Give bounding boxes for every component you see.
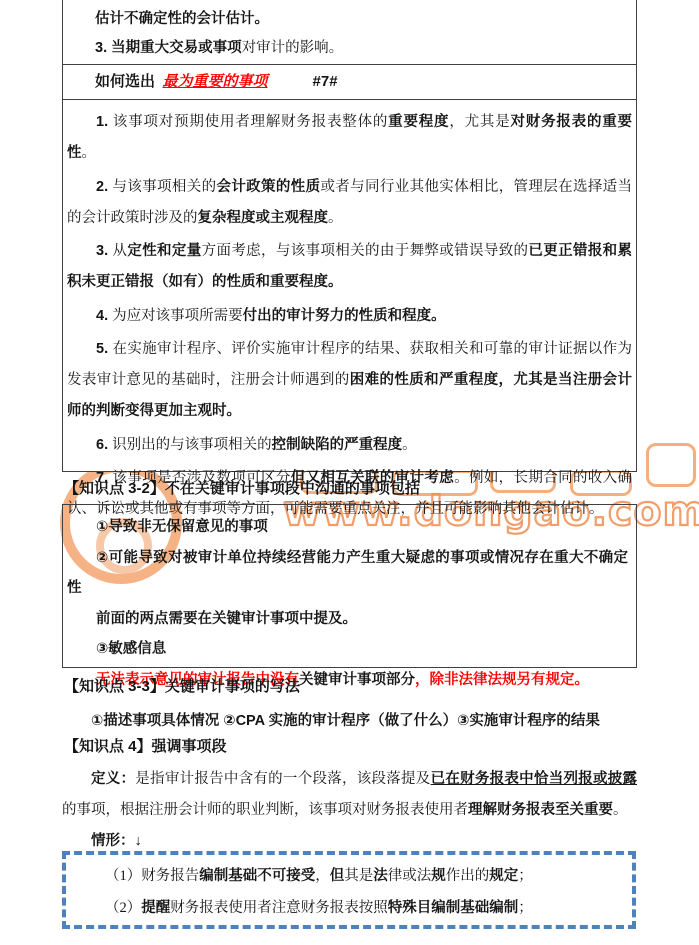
excluded-item-1: ①导致非无保留意见的事项 [67, 512, 628, 543]
criteria-item-5: 5. 在实施审计程序、评价实施审计程序的结果、获取相关和可靠的审计证据以作为发表… [67, 334, 632, 427]
document-page: www.dongao.com 估计不确定性的会计估计。 3. 当期重大交易或事项… [0, 0, 699, 945]
table-row-estimates: 估计不确定性的会计估计。 3. 当期重大交易或事项对审计的影响。 [63, 0, 636, 64]
estimate-line: 估计不确定性的会计估计。 [95, 5, 628, 34]
kam-writing-steps-line: ①描述事项具体情况 ②CPA 实施的审计程序（做了什么）③实施审计程序的结果 [62, 706, 637, 737]
transactions-line: 3. 当期重大交易或事项对审计的影响。 [95, 34, 628, 63]
criteria-item-3: 3. 从定性和定量方面考虑，与该事项相关的由于舞弊或错误导致的已更正错报和累积未… [67, 236, 632, 298]
how-to-select-line: 如何选出 最为重要的事项 #7# [95, 65, 628, 99]
watermark-fragment [646, 443, 696, 487]
situation-2: （2）提醒财务报表使用者注意财务报表按照特殊目编制基础编制； [76, 892, 624, 924]
excluded-item-3: ③敏感信息 [67, 634, 628, 665]
emphasis-paragraph-definition: 定义：是指审计报告中含有的一个段落，该段落提及已在财务报表中恰当列报或披露的事项… [62, 764, 637, 826]
excluded-item-note: 前面的两点需要在关键审计事项中提及。 [67, 604, 628, 635]
excluded-matters-box: ①导致非无保留意见的事项 ②可能导致对被审计单位持续经营能力产生重大疑虑的事项或… [62, 504, 637, 668]
heading-knowledge-point-4: 【知识点 4】强调事项段 [64, 737, 227, 757]
definition-text: 定义：是指审计报告中含有的一个段落，该段落提及已在财务报表中恰当列报或披露的事项… [62, 764, 637, 826]
heading-knowledge-point-3-3: 【知识点 3-3】关键审计事项的写法 [64, 677, 300, 697]
table-row-how-to-select: 如何选出 最为重要的事项 #7# [63, 64, 636, 99]
criteria-item-1: 1. 该事项对预期使用者理解财务报表整体的重要程度，尤其是对财务报表的重要性。 [67, 107, 632, 169]
situation-1: （1）财务报告编制基础不可接受，但其是法律或法规作出的规定； [76, 860, 624, 892]
situations-box: （1）财务报告编制基础不可接受，但其是法律或法规作出的规定； （2）提醒财务报表… [62, 851, 636, 929]
kam-writing-steps: ①描述事项具体情况 ②CPA 实施的审计程序（做了什么）③实施审计程序的结果 [62, 706, 637, 737]
heading-knowledge-point-3-2: 【知识点 3-2】不在关键审计事项段中沟通的事项包括 [64, 479, 420, 499]
criteria-item-6: 6. 识别出的与该事项相关的控制缺陷的严重程度。 [67, 430, 632, 461]
criteria-table: 估计不确定性的会计估计。 3. 当期重大交易或事项对审计的影响。 如何选出 最为… [62, 0, 637, 472]
excluded-item-2: ②可能导致对被审计单位持续经营能力产生重大疑虑的事项或情况存在重大不确定性 [67, 543, 628, 604]
criteria-item-2: 2. 与该事项相关的会计政策的性质或者与同行业其他实体相比，管理层在选择适当的会… [67, 172, 632, 234]
criteria-item-4: 4. 为应对该事项所需要付出的审计努力的性质和程度。 [67, 301, 632, 332]
table-row-criteria-list: 1. 该事项对预期使用者理解财务报表整体的重要程度，尤其是对财务报表的重要性。 … [63, 99, 636, 472]
